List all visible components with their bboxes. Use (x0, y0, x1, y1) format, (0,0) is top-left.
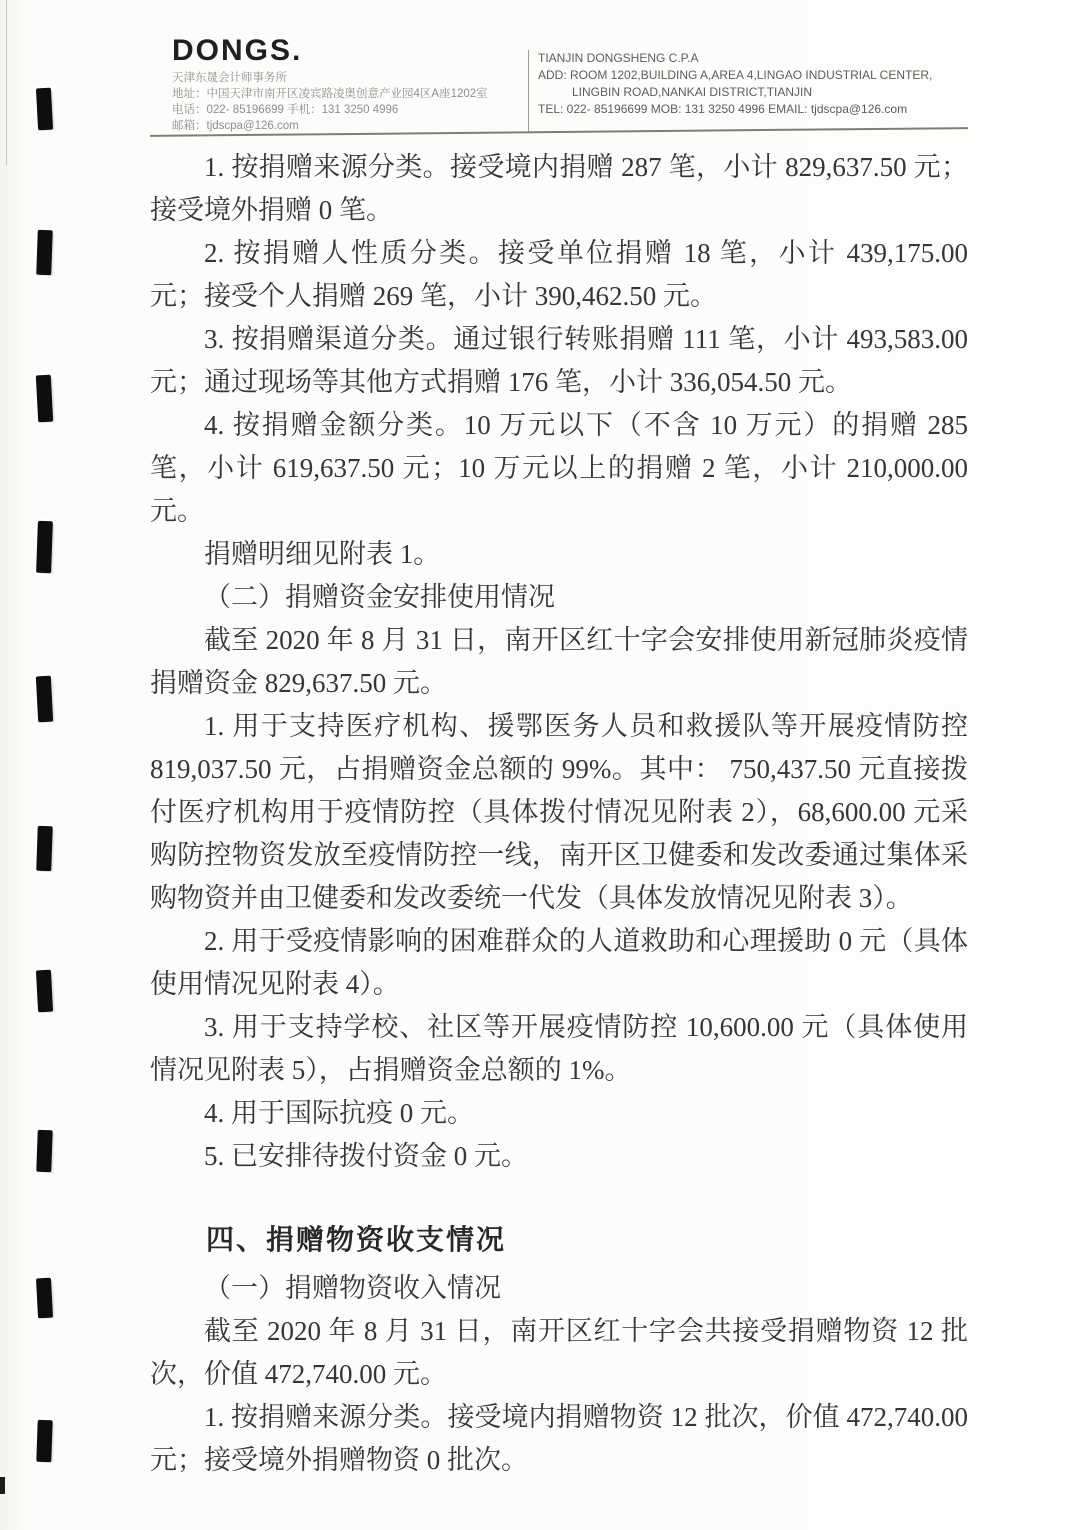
paragraph: 捐赠明细见附表 1。 (150, 533, 968, 576)
scan-corner-mark (0, 1477, 5, 1494)
binding-hole-mark (36, 375, 53, 423)
binding-hole-mark (36, 970, 53, 1013)
letterhead: DONGS. 天津东晟会计师事务所 地址：中国天津市南开区凌宾路凌奥创意产业园4… (150, 28, 968, 132)
binding-hole-mark (36, 230, 53, 275)
paragraph: 3. 用于支持学校、社区等开展疫情防控 10,600.00 元（具体使用情况见附… (150, 1006, 968, 1092)
scan-edge-line (6, 0, 7, 165)
report-body: 1. 按捐赠来源分类。接受境内捐赠 287 笔，小计 829,637.50 元；… (150, 146, 968, 1482)
firm-phone-cn: 电话：022- 85196699 手机：131 3250 4996 (172, 102, 522, 118)
paragraph: 截至 2020 年 8 月 31 日，南开区红十字会安排使用新冠肺炎疫情捐赠资金… (150, 619, 968, 705)
letterhead-right-block: TIANJIN DONGSHENG C.P.A ADD: ROOM 1202,B… (538, 50, 968, 118)
paragraph: 4. 按捐赠金额分类。10 万元以下（不含 10 万元）的捐赠 285 笔，小计… (150, 404, 968, 533)
sub-section-heading: （二）捐赠资金安排使用情况 (150, 576, 968, 619)
paragraph: 1. 用于支持医疗机构、援鄂医务人员和救援队等开展疫情防控 819,037.50… (150, 705, 968, 920)
binding-hole-mark (36, 1130, 52, 1172)
binding-hole-mark (36, 826, 53, 871)
letterhead-left-block: 天津东晟会计师事务所 地址：中国天津市南开区凌宾路凌奥创意产业园4区A座1202… (172, 70, 522, 134)
paragraph: 2. 用于受疫情影响的困难群众的人道救助和心理援助 0 元（具体使用情况见附表 … (150, 920, 968, 1006)
binding-hole-mark (36, 521, 53, 573)
firm-address-en-line2: LINGBIN ROAD,NANKAI DISTRICT,TIANJIN (538, 84, 968, 101)
firm-name-cn: 天津东晟会计师事务所 (172, 70, 522, 86)
firm-address-en-line1: ADD: ROOM 1202,BUILDING A,AREA 4,LINGAO … (538, 67, 968, 84)
paragraph: 2. 按捐赠人性质分类。接受单位捐赠 18 笔，小计 439,175.00 元；… (150, 232, 968, 318)
section-heading: 四、捐赠物资收支情况 (150, 1218, 968, 1261)
sub-section-heading: （一）捐赠物资收入情况 (150, 1267, 968, 1310)
paragraph: 4. 用于国际抗疫 0 元。 (150, 1092, 968, 1135)
paragraph: 截至 2020 年 8 月 31 日，南开区红十字会共接受捐赠物资 12 批次，… (150, 1310, 968, 1396)
firm-contact-en: TEL: 022- 85196699 MOB: 131 3250 4996 EM… (538, 101, 968, 118)
binding-hole-mark (36, 1420, 52, 1462)
letterhead-divider-vertical (528, 50, 529, 132)
scanned-page: DONGS. 天津东晟会计师事务所 地址：中国天津市南开区凌宾路凌奥创意产业园4… (0, 0, 1080, 1530)
binding-hole-mark (36, 676, 53, 723)
firm-name-en: TIANJIN DONGSHENG C.P.A (538, 50, 968, 67)
binding-hole-mark (36, 88, 53, 131)
paragraph: 3. 按捐赠渠道分类。通过银行转账捐赠 111 笔，小计 493,583.00 … (150, 318, 968, 404)
firm-logo: DONGS. (172, 34, 302, 68)
firm-address-cn: 地址：中国天津市南开区凌宾路凌奥创意产业园4区A座1202室 (172, 86, 522, 102)
paragraph: 1. 按捐赠来源分类。接受境内捐赠 287 笔，小计 829,637.50 元；… (150, 146, 968, 232)
paragraph: 5. 已安排待拨付资金 0 元。 (150, 1135, 968, 1178)
binding-hole-mark (36, 1278, 53, 1319)
paragraph: 1. 按捐赠来源分类。接受境内捐赠物资 12 批次，价值 472,740.00 … (150, 1396, 968, 1482)
